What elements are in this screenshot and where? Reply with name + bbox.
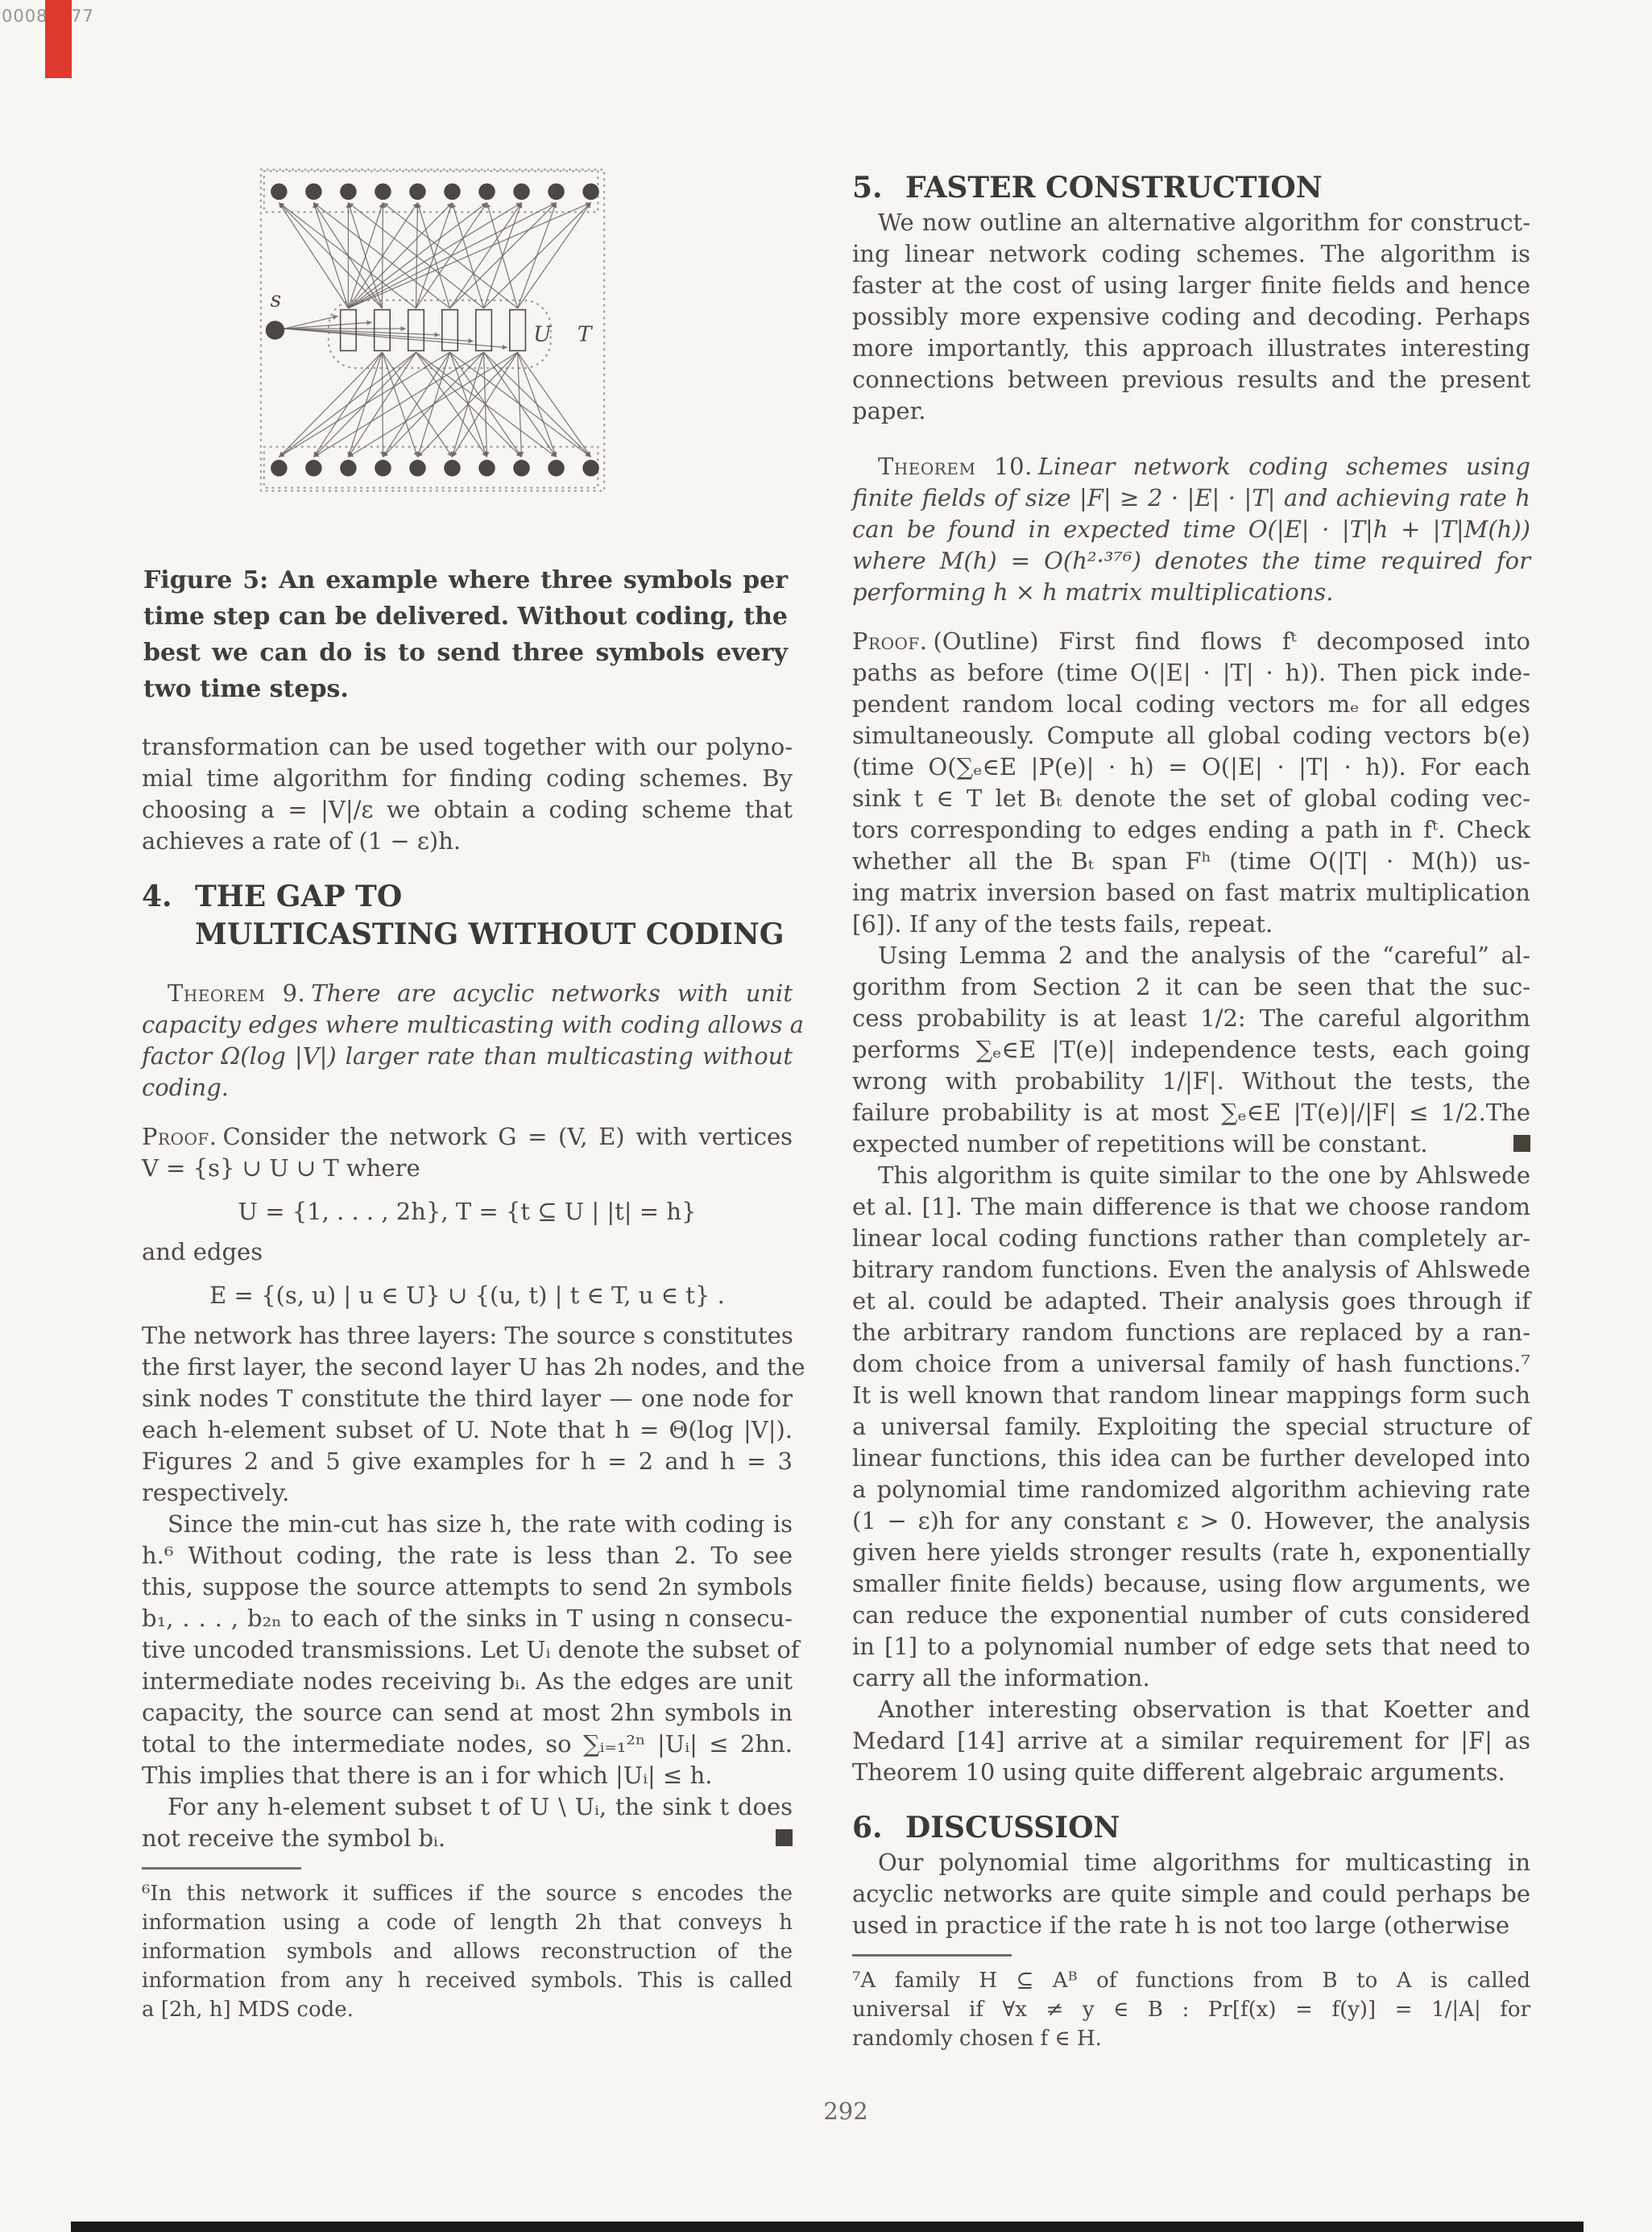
- theorem: Theorem 10.Linear network coding schemes…: [852, 451, 1530, 608]
- text-line: carry all the information.: [852, 1663, 1530, 1694]
- text-line: the arbitrary random functions are repla…: [852, 1317, 1530, 1348]
- text-line: choosing a = |V|/ε we obtain a coding sc…: [142, 794, 793, 826]
- text-line: (1 − ε)h for any constant ε > 0. However…: [852, 1505, 1530, 1537]
- text-line: information from any h received symbols.…: [142, 1966, 793, 1995]
- text-line: performs ∑ₑ∈E |T(e)| independence tests,…: [852, 1034, 1530, 1066]
- heading-text-line: THE GAP TO: [195, 878, 785, 916]
- text-line: ⁶In this network it suffices if the sour…: [142, 1879, 793, 1908]
- text-line: used in practice if the rate h is not to…: [852, 1910, 1530, 1941]
- text-line: and edges: [142, 1236, 793, 1268]
- text-line: expected number of repetitions will be c…: [852, 1128, 1530, 1160]
- text-line: information using a code of length 2h th…: [142, 1908, 793, 1937]
- text-line: pendent random local coding vectors mₑ f…: [852, 689, 1530, 720]
- text-line: Figures 2 and 5 give examples for h = 2 …: [142, 1446, 793, 1477]
- text-line: paths as before (time O(|E| · |T| · h)).…: [852, 657, 1530, 689]
- text-line: the first layer, the second layer U has …: [142, 1352, 793, 1383]
- text-line: information symbols and allows reconstru…: [142, 1937, 793, 1966]
- text-line: capacity, the source can send at most 2h…: [142, 1697, 793, 1729]
- text-line: can reduce the exponential number of cut…: [852, 1600, 1530, 1631]
- text-line: b₁, . . . , b₂ₙ to each of the sinks in …: [142, 1603, 793, 1634]
- text-line: We now outline an alternative algorithm …: [852, 207, 1530, 238]
- text-line: ing matrix inversion based on fast matri…: [852, 877, 1530, 909]
- text-line: possibly more expensive coding and decod…: [852, 301, 1530, 333]
- text-line: a universal family. Exploiting the speci…: [852, 1411, 1530, 1443]
- paragraph: and edges: [142, 1236, 793, 1268]
- text-line: randomly chosen f ∈ H.: [852, 2024, 1530, 2053]
- heading-text-line: DISCUSSION: [905, 1809, 1120, 1847]
- footnote: ⁷A family H ⊆ Aᴮ of functions from B to …: [852, 1966, 1530, 2053]
- display-math: U = {1, . . . , 2h}, T = {t ⊆ U | |t| = …: [142, 1196, 793, 1228]
- text-line: a [2h, h] MDS code.: [142, 1995, 793, 2024]
- text-line: performing h × h matrix multiplications.: [852, 577, 1530, 608]
- page-number: 292: [797, 2097, 894, 2125]
- text-line: sink t ∈ T let Bₜ denote the set of glob…: [852, 783, 1530, 814]
- text-line: can be found in expected time O(|E| · |T…: [852, 514, 1530, 545]
- text-line: For any h-element subset t of U \ Uᵢ, th…: [142, 1791, 793, 1823]
- heading-number: 4.: [142, 878, 195, 954]
- text-line: It is well known that random linear mapp…: [852, 1380, 1530, 1411]
- text-line: whether all the Bₜ span Fʰ (time O(|T| ·…: [852, 846, 1530, 877]
- paragraph: Proof.(Outline) First find flows fᵗ deco…: [852, 626, 1530, 940]
- smallcaps-lead: Proof.: [142, 1123, 217, 1150]
- text-line: acyclic networks are quite simple and co…: [852, 1878, 1530, 1910]
- scanned-paper-page: 00083877 sUT Figure 5: An example where …: [0, 0, 1652, 2232]
- bottom-scan-bar: [71, 2222, 1584, 2232]
- text-line: tive uncoded transmissions. Let Uᵢ denot…: [142, 1634, 793, 1666]
- footnote-rule: [142, 1867, 301, 1870]
- text-line: more importantly, this approach illustra…: [852, 333, 1530, 364]
- smallcaps-lead: Theorem 10.: [878, 453, 1033, 480]
- text-line: capacity edges where multicasting with c…: [142, 1009, 793, 1041]
- text-line: sink nodes T constitute the third layer …: [142, 1383, 793, 1414]
- text-line: The network has three layers: The source…: [142, 1320, 793, 1352]
- text-line: Medard [14] arrive at a similar requirem…: [852, 1725, 1530, 1757]
- text-line: Another interesting observation is that …: [852, 1694, 1530, 1725]
- paragraph: Our polynomial time algorithms for multi…: [852, 1847, 1530, 1941]
- paragraph: transformation can be used together with…: [142, 731, 793, 857]
- text-line: total to the intermediate nodes, so ∑ᵢ₌₁…: [142, 1729, 793, 1760]
- text-line: cess probability is at least 1/2: The ca…: [852, 1003, 1530, 1034]
- text-line: mial time algorithm for finding coding s…: [142, 763, 793, 794]
- footnote-rule: [852, 1954, 1012, 1957]
- text-line: linear local coding functions rather tha…: [852, 1223, 1530, 1254]
- text-line: ing linear network coding schemes. The a…: [852, 238, 1530, 270]
- left-column: transformation can be used together with…: [142, 0, 793, 2024]
- text-line: Since the min-cut has size h, the rate w…: [142, 1509, 793, 1540]
- text-line: dom choice from a universal family of ha…: [852, 1348, 1530, 1380]
- paragraph: Since the min-cut has size h, the rate w…: [142, 1509, 793, 1791]
- paragraph: This algorithm is quite similar to the o…: [852, 1160, 1530, 1694]
- heading-number: 6.: [852, 1809, 905, 1847]
- paragraph: For any h-element subset t of U \ Uᵢ, th…: [142, 1791, 793, 1854]
- text-line: ⁷A family H ⊆ Aᴮ of functions from B to …: [852, 1966, 1530, 1995]
- text-line: a polynomial time randomized algorithm a…: [852, 1474, 1530, 1505]
- section-heading: 5.FASTER CONSTRUCTION: [852, 169, 1530, 207]
- text-line: bitrary random functions. Even the analy…: [852, 1254, 1530, 1286]
- red-margin-mark: [45, 0, 72, 78]
- text-line: Theorem 10 using quite different algebra…: [852, 1757, 1530, 1788]
- text-line: achieves a rate of (1 − ε)h.: [142, 826, 793, 857]
- footnote: ⁶In this network it suffices if the sour…: [142, 1879, 793, 2024]
- text-line: intermediate nodes receiving bᵢ. As the …: [142, 1666, 793, 1697]
- text-line: Using Lemma 2 and the analysis of the “c…: [852, 940, 1530, 971]
- text-line: respectively.: [142, 1477, 793, 1509]
- theorem: Theorem 9.There are acyclic networks wit…: [142, 978, 793, 1104]
- text-line: factor Ω(log |V|) larger rate than multi…: [142, 1041, 793, 1072]
- text-line: smaller finite fields) because, using fl…: [852, 1568, 1530, 1600]
- text-line: given here yields stronger results (rate…: [852, 1537, 1530, 1568]
- paragraph: Another interesting observation is that …: [852, 1694, 1530, 1788]
- paragraph: The network has three layers: The source…: [142, 1320, 793, 1509]
- text-line: tors corresponding to edges ending a pat…: [852, 814, 1530, 846]
- text-line: each h-element subset of U. Note that h …: [142, 1414, 793, 1446]
- text-line: faster at the cost of using larger finit…: [852, 270, 1530, 301]
- text-line: wrong with probability 1/|F|. Without th…: [852, 1066, 1530, 1097]
- text-line: h.⁶ Without coding, the rate is less tha…: [142, 1540, 793, 1572]
- text-line: failure probability is at most ∑ₑ∈E |T(e…: [852, 1097, 1530, 1128]
- paragraph: We now outline an alternative algorithm …: [852, 207, 1530, 427]
- heading-text-line: FASTER CONSTRUCTION: [905, 169, 1323, 207]
- smallcaps-lead: Theorem 9.: [168, 979, 305, 1007]
- text-line: where M(h) = O(h²·³⁷⁶) denotes the time …: [852, 545, 1530, 577]
- text-line: (time O(∑ₑ∈E |P(e)| · h) = O(|E| · |T| ·…: [852, 752, 1530, 783]
- text-line: V = {s} ∪ U ∪ T where: [142, 1153, 793, 1184]
- text-line: [6]). If any of the tests fails, repeat.: [852, 909, 1530, 940]
- qed-box: [776, 1829, 793, 1846]
- text-line: in [1] to a polynomial number of edge se…: [852, 1631, 1530, 1663]
- text-line: This algorithm is quite similar to the o…: [852, 1160, 1530, 1191]
- text-line: gorithm from Section 2 it can be seen th…: [852, 971, 1530, 1003]
- text-line: transformation can be used together with…: [142, 731, 793, 763]
- text-line: Theorem 10.Linear network coding schemes…: [852, 451, 1530, 482]
- heading-text-line: MULTICASTING WITHOUT CODING: [195, 916, 785, 954]
- qed-box: [1513, 1135, 1530, 1152]
- paragraph: Using Lemma 2 and the analysis of the “c…: [852, 940, 1530, 1160]
- paragraph: Proof.Consider the network G = (V, E) wi…: [142, 1121, 793, 1184]
- text-line: not receive the symbol bᵢ.: [142, 1823, 793, 1854]
- text-line: finite fields of size |F| ≥ 2 · |E| · |T…: [852, 482, 1530, 514]
- text-line: Proof.Consider the network G = (V, E) wi…: [142, 1121, 793, 1153]
- text-line: Our polynomial time algorithms for multi…: [852, 1847, 1530, 1878]
- section-heading: 4.THE GAP TOMULTICASTING WITHOUT CODING: [142, 878, 793, 954]
- text-line: et al. could be adapted. Their analysis …: [852, 1286, 1530, 1317]
- text-line: Theorem 9.There are acyclic networks wit…: [142, 978, 793, 1009]
- text-line: connections between previous results and…: [852, 364, 1530, 395]
- text-line: paper.: [852, 395, 1530, 427]
- right-column: 5.FASTER CONSTRUCTIONWe now outline an a…: [852, 0, 1530, 2053]
- heading-number: 5.: [852, 169, 905, 207]
- text-line: linear functions, this idea can be furth…: [852, 1443, 1530, 1474]
- text-line: coding.: [142, 1072, 793, 1104]
- smallcaps-lead: Proof.: [852, 627, 927, 655]
- text-line: universal if ∀x ≠ y ∈ B : Pr[f(x) = f(y)…: [852, 1995, 1530, 2024]
- text-line: simultaneously. Compute all global codin…: [852, 720, 1530, 752]
- text-line: Proof.(Outline) First find flows fᵗ deco…: [852, 626, 1530, 657]
- text-line: This implies that there is an i for whic…: [142, 1760, 793, 1791]
- text-line: et al. [1]. The main difference is that …: [852, 1191, 1530, 1223]
- section-heading: 6.DISCUSSION: [852, 1809, 1530, 1847]
- text-line: this, suppose the source attempts to sen…: [142, 1572, 793, 1603]
- display-math: E = {(s, u) | u ∈ U} ∪ {(u, t) | t ∈ T, …: [142, 1280, 793, 1311]
